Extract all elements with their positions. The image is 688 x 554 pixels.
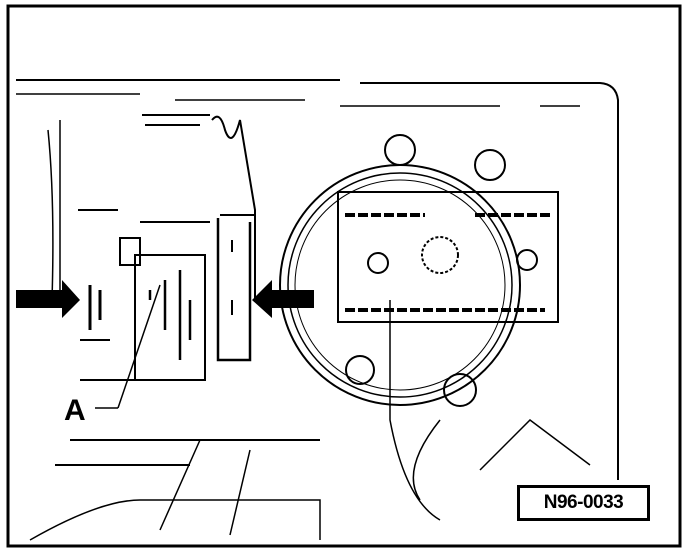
technical-illustration: A N96-0033 <box>0 0 688 554</box>
line-drawing <box>0 0 688 554</box>
reference-code-box: N96-0033 <box>517 485 650 521</box>
callout-label-a: A <box>64 394 86 428</box>
